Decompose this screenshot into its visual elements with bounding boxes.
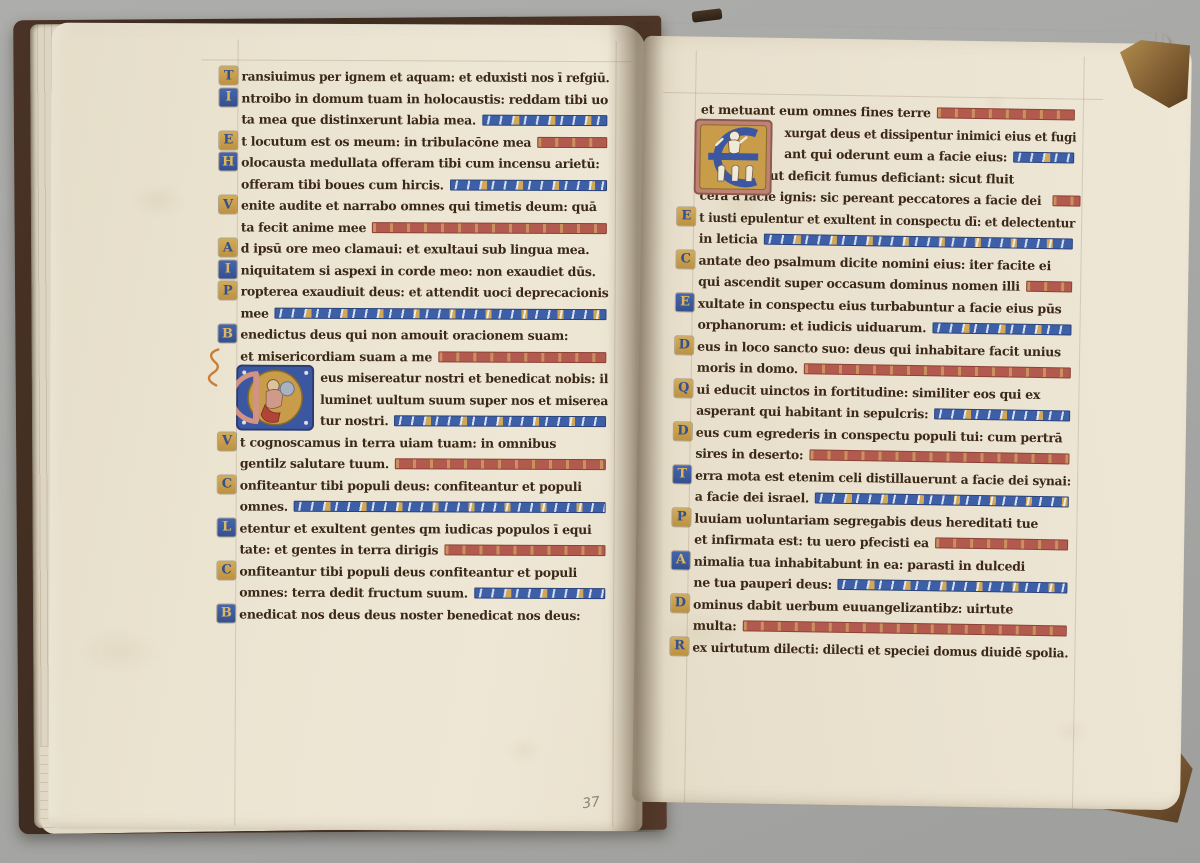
decorated-initial: C <box>676 250 694 268</box>
line-text: etentur et exultent gentes qm iudicas po… <box>240 520 592 537</box>
line-text: multa: <box>693 618 737 634</box>
text-line: R ex uirtutum dilecti: dilecti et specie… <box>692 636 1068 663</box>
decorated-initial: V <box>219 195 237 213</box>
line-text: qui ascendit super occasum dominus nomen… <box>698 274 1020 294</box>
line-text: ant qui oderunt eum a facie eius: <box>784 146 1007 164</box>
line-filler-bar <box>294 501 606 513</box>
decorated-initial: B <box>218 324 236 342</box>
text-line: A d ipsū ore meo clamaui: et exultaui su… <box>241 238 609 261</box>
right-page: et metuant eum omnes fines terre xurgat … <box>632 36 1192 811</box>
decorated-initial: D <box>671 594 689 612</box>
line-text: enite audite et narrabo omnes qui timeti… <box>241 198 597 215</box>
line-text: ntroibo in domum tuam in holocaustis: re… <box>241 90 608 107</box>
line-text: tate: et gentes in terra dirigis <box>239 542 438 558</box>
line-text: luuiam uoluntariam segregabis deus hered… <box>694 510 1038 530</box>
line-filler-bar <box>438 351 606 363</box>
decorated-initial: C <box>217 561 235 579</box>
line-filler-bar <box>1026 281 1073 293</box>
line-text: onfiteantur tibi populi deus: confiteant… <box>240 477 582 493</box>
line-filler-bar <box>809 450 1069 465</box>
line-filler-bar <box>275 307 607 319</box>
line-text: eus misereatur nostri et benedicat nobis… <box>320 370 608 386</box>
line-text: antate deo psalmum dicite nomini eius: i… <box>698 252 1051 273</box>
text-line: omnes: terra dedit fructum suum. <box>239 582 607 605</box>
text-line: T ransiuimus per ignem et aquam: et edux… <box>241 66 609 89</box>
line-filler-bar <box>804 364 1071 379</box>
line-text: t locutum est os meum: in tribulacōne me… <box>241 133 531 149</box>
line-text: offeram tibi boues cum hircis. <box>241 176 444 192</box>
text-line: B enedicat nos deus deus noster benedica… <box>239 603 607 626</box>
line-text: xultate in conspectu eius turbabuntur a … <box>698 295 1062 316</box>
line-text: icut deficit fumus deficiant: sicut flui… <box>758 167 1014 186</box>
decorated-initial: I <box>219 88 237 106</box>
clasp-remnant <box>691 8 722 23</box>
historiated-initial-d <box>236 365 314 431</box>
decorated-initial: P <box>672 508 690 526</box>
decorated-initial: H <box>219 152 237 170</box>
text-line: eus misereatur nostri et benedicat nobis… <box>320 367 608 390</box>
text-line: C onfiteantur tibi populi deus confitean… <box>239 560 607 583</box>
line-text: gentilz salutare tuum. <box>240 456 389 472</box>
line-text: xurgat deus et dissipentur inimici eius … <box>784 125 1076 145</box>
decorated-initial: A <box>219 238 237 256</box>
text-line: H olocausta medullata offeram tibi cum i… <box>241 152 609 175</box>
line-text: luminet uultum suum super nos et miserea <box>320 392 608 408</box>
line-filler-bar <box>1052 195 1080 206</box>
decorated-initial: E <box>676 293 694 311</box>
line-text: ex uirtutum dilecti: dilecti et speciei … <box>692 639 1068 660</box>
line-filler-bar <box>838 579 1068 594</box>
line-filler-bar <box>742 621 1066 637</box>
line-text: et metuant eum omnes fines terre <box>701 102 931 121</box>
historiated-initial-e <box>694 119 773 196</box>
line-text: omnes. <box>240 499 288 514</box>
text-line: L etentur et exultent gentes qm iudicas … <box>240 517 608 540</box>
line-filler-bar <box>934 409 1070 422</box>
right-text-block: et metuant eum omnes fines terre xurgat … <box>692 99 1077 664</box>
line-text: mee <box>240 305 268 320</box>
line-text: olocausta medullata offeram tibi cum inc… <box>241 155 600 172</box>
line-text: asperant qui habitant in sepulcris: <box>696 403 928 422</box>
line-filler-bar <box>450 179 607 191</box>
left-page: T ransiuimus per ignem et aquam: et edux… <box>48 23 646 832</box>
decorated-initial: T <box>673 465 691 483</box>
line-text: ta fecit anime mee <box>241 219 366 235</box>
text-line: ta fecit anime mee <box>241 216 609 239</box>
decorated-initial: L <box>218 518 236 536</box>
line-filler-bar <box>932 323 1071 336</box>
line-filler-bar <box>474 588 605 600</box>
text-line: I ntroibo in domum tuam in holocaustis: … <box>241 87 609 110</box>
line-text: eus in loco sancto suo: deus qui inhabit… <box>697 338 1061 359</box>
decorated-initial: E <box>219 131 237 149</box>
line-text: moris in domo. <box>697 360 798 377</box>
line-text: enedicat nos deus deus noster benedicat … <box>239 606 580 622</box>
line-text: et misericordiam suam a me <box>240 348 432 364</box>
decorated-initial: A <box>672 551 690 569</box>
decorated-initial: D <box>674 422 692 440</box>
line-text: ta mea que distinxerunt labia mea. <box>241 112 476 128</box>
line-text: ransiuimus per ignem et aquam: et eduxis… <box>241 69 609 86</box>
text-line: P ropterea exaudiuit deus: et attendit u… <box>241 281 609 304</box>
line-text: ominus dabit uerbum euuangelizantibz: ui… <box>693 596 1013 616</box>
decorated-initial: V <box>218 432 236 450</box>
line-filler-bar <box>537 137 607 148</box>
ruling-line <box>202 59 632 62</box>
text-line: I niquitatem si aspexi in corde meo: non… <box>241 259 609 282</box>
line-text: enedictus deus qui non amouit oracionem … <box>240 327 568 343</box>
folio-number-pencil: 37 <box>581 794 601 812</box>
line-filler-bar <box>395 458 606 470</box>
decorated-initial: B <box>217 604 235 622</box>
decorated-initial: R <box>670 637 688 655</box>
text-line: offeram tibi boues cum hircis. <box>241 173 609 196</box>
line-text: et infirmata est: tu uero pfecisti ea <box>694 532 929 551</box>
line-text: eus cum egrederis in conspectu populi tu… <box>696 424 1063 445</box>
left-text-block: T ransiuimus per ignem et aquam: et edux… <box>239 66 609 627</box>
line-filler-bar <box>764 234 1073 250</box>
line-filler-bar <box>482 115 607 127</box>
line-filler-bar <box>815 493 1069 508</box>
margin-flourish <box>206 347 222 387</box>
line-text: nimalia tua inhabitabunt in ea: parasti … <box>694 553 1026 573</box>
line-filler-bar <box>372 222 607 234</box>
line-filler-bar <box>1013 152 1074 164</box>
ruling-line <box>612 41 616 827</box>
decorated-initial: E <box>677 207 695 225</box>
decorated-initial: I <box>219 260 237 278</box>
line-text: ui educit uinctos in fortitudine: simili… <box>696 381 1040 401</box>
decorated-initial: Q <box>674 379 692 397</box>
text-line: tur nostri. <box>320 410 608 433</box>
line-filler-bar <box>444 545 605 557</box>
text-line: tate: et gentes in terra dirigis <box>239 539 607 562</box>
decorated-initial: D <box>675 336 693 354</box>
decorated-initial: P <box>219 281 237 299</box>
line-filler-bar <box>394 415 606 427</box>
decorated-initial: T <box>219 66 237 84</box>
line-text: d ipsū ore meo clamaui: et exultaui sub … <box>241 241 590 258</box>
text-line: mee <box>240 302 608 325</box>
line-text: ne tua pauperi deus: <box>693 575 832 592</box>
decorated-initial: C <box>218 475 236 493</box>
line-text: ropterea exaudiuit deus: et attendit uoc… <box>241 284 609 301</box>
line-text: sires in deserto: <box>695 446 803 463</box>
text-line: luminet uultum suum super nos et miserea <box>320 388 608 411</box>
text-line: B enedictus deus qui non amouit oracione… <box>240 324 608 347</box>
line-text: orphanorum: et iudicis uiduarum. <box>697 317 926 336</box>
text-line: ta mea que distinxerunt labia mea. <box>241 109 609 132</box>
text-line: V t cognoscamus in terra uiam tuam: in o… <box>240 431 608 454</box>
text-line: C onfiteantur tibi populi deus: confitea… <box>240 474 608 497</box>
line-text: tur nostri. <box>320 413 389 428</box>
text-line: gentilz salutare tuum. <box>240 453 608 476</box>
line-text: omnes: terra dedit fructum suum. <box>239 585 468 601</box>
line-text: t iusti epulentur et exultent in conspec… <box>699 209 1075 230</box>
line-text: erra mota est etenim celi distillauerunt… <box>695 467 1071 488</box>
line-text: niquitatem si aspexi in corde meo: non e… <box>241 262 596 279</box>
line-text: in leticia <box>699 231 758 247</box>
photograph-of-manuscript: { "colors":{ "background":"#a8a8a6","lea… <box>0 0 1200 863</box>
text-line: omnes. <box>240 496 608 519</box>
text-line: E t locutum est os meum: in tribulacōne … <box>241 130 609 153</box>
line-text: t cognoscamus in terra uiam tuam: in omn… <box>240 434 556 450</box>
line-filler-bar <box>935 538 1068 551</box>
line-text: onfiteantur tibi populi deus confiteantu… <box>239 563 577 579</box>
line-filler-bar <box>937 108 1075 121</box>
text-line: V enite audite et narrabo omnes qui time… <box>241 195 609 218</box>
line-text: a facie dei israel. <box>695 489 809 506</box>
